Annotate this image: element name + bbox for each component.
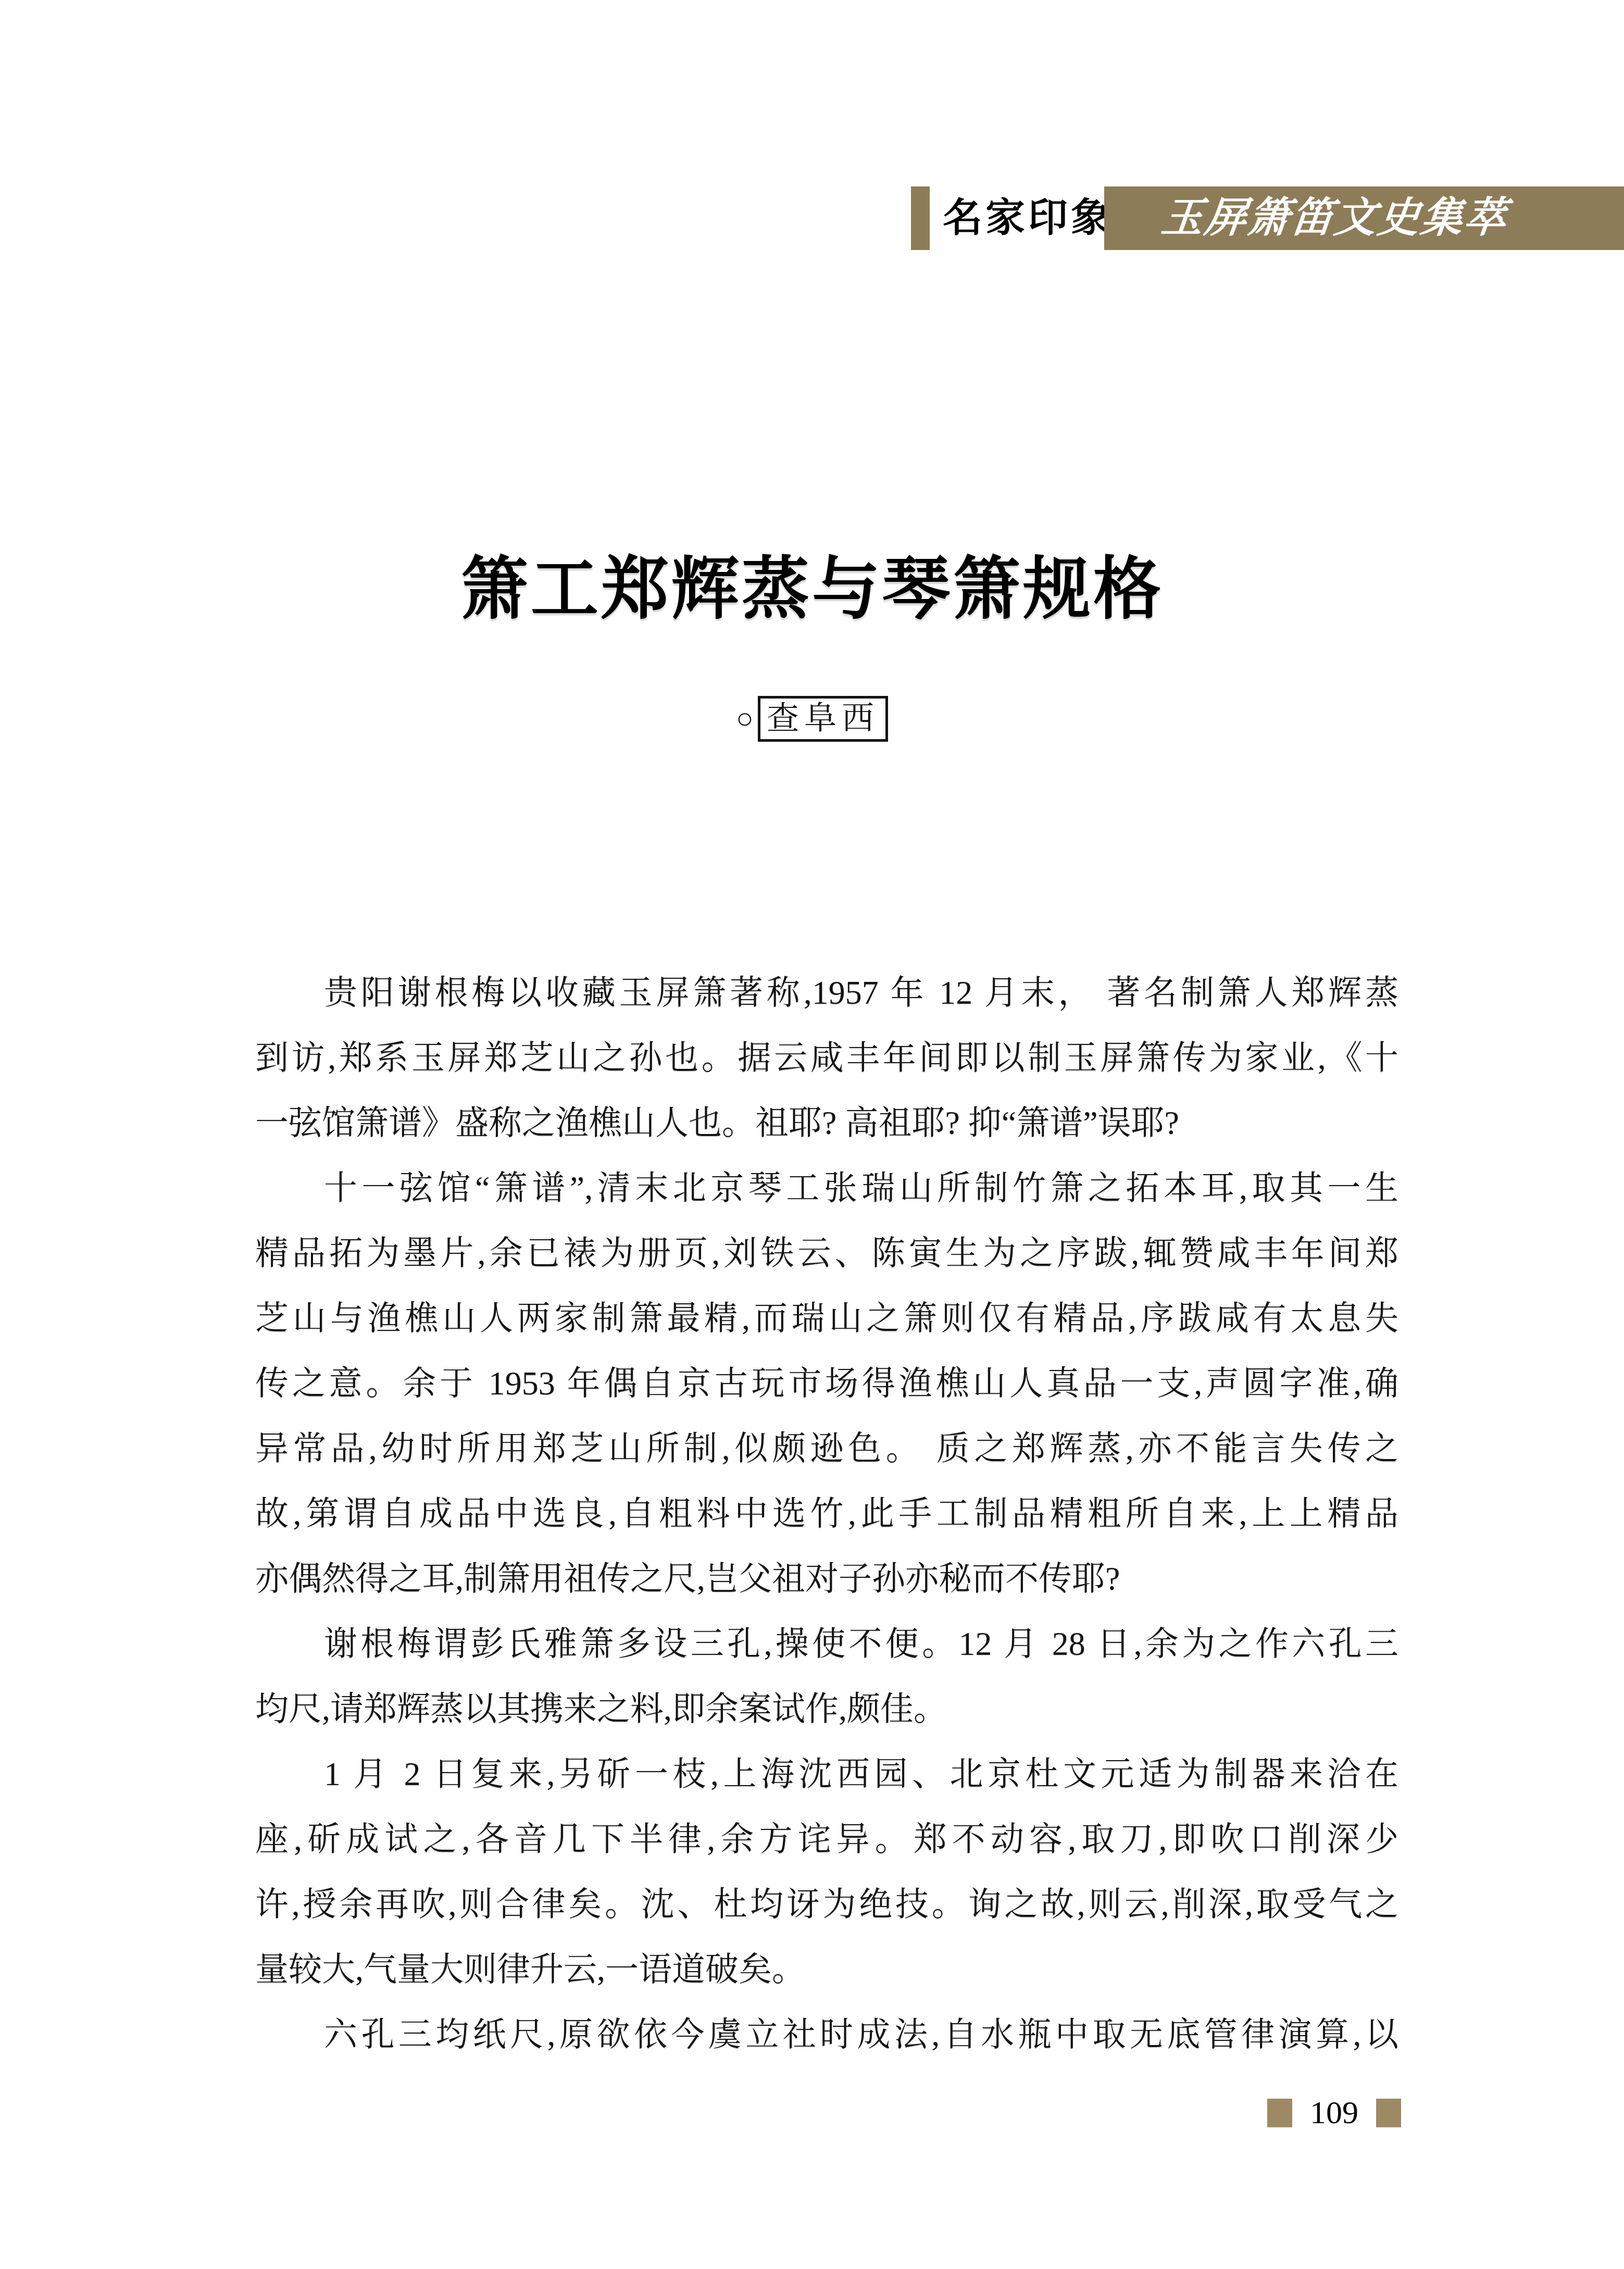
- body-line: 异常品,幼时所用郑芝山所制,似颇逊色。 质之郑辉蒸,亦不能言失传之: [255, 1416, 1398, 1481]
- page-number: 109: [1310, 2099, 1358, 2127]
- body-line: 贵阳谢根梅以收藏玉屏箫著称,1957 年 12 月末， 著名制箫人郑辉蒸: [255, 960, 1398, 1025]
- body-line: 亦偶然得之耳,制箫用祖传之尺,岂父祖对子孙亦秘而不传耶?: [255, 1546, 1398, 1611]
- header-accent-bar: [911, 186, 930, 250]
- body-line: 量较大,气量大则律升云,一语道破矣。: [255, 1937, 1398, 2002]
- page: 名家印象 玉屏箫笛文史集萃 箫工郑辉蒸与琴箫规格 ○ 查阜西 贵阳谢根梅以收藏玉…: [0, 0, 1624, 2269]
- body-line: 一弦馆箫谱》盛称之渔樵山人也。祖耶? 高祖耶? 抑“箫谱”误耶?: [255, 1090, 1398, 1155]
- body-line: 到访,郑系玉屏郑芝山之孙也。据云咸丰年间即以制玉屏箫传为家业,《十: [255, 1025, 1398, 1090]
- header-band: 玉屏箫笛文史集萃: [1104, 186, 1624, 250]
- footer-ornament-right: [1376, 2099, 1401, 2127]
- author-line: ○ 查阜西: [0, 696, 1624, 742]
- footer-ornament-left: [1267, 2099, 1292, 2127]
- body-line: 1 月 2 日复来,另斫一枝,上海沈西园、北京杜文元适为制器来洽在: [255, 1741, 1398, 1806]
- body-line: 座,斫成试之,各音几下半律,余方诧异。郑不动容,取刀,即吹口削深少: [255, 1806, 1398, 1872]
- header-series-title: 玉屏箫笛文史集萃: [1158, 183, 1511, 253]
- page-footer: 109: [1267, 2099, 1401, 2127]
- article-title: 箫工郑辉蒸与琴箫规格: [0, 548, 1624, 631]
- body-line: 许,授余再吹,则合律矣。沈、杜均讶为绝技。询之故,则云,削深,取受气之: [255, 1872, 1398, 1937]
- body-line: 故,第谓自成品中选良,自粗料中选竹,此手工制品精粗所自来,上上精品: [255, 1481, 1398, 1546]
- body-line: 六孔三均纸尺,原欲依今虞立社时成法,自水瓶中取无底管律演算,以: [255, 2002, 1398, 2067]
- author-name: 查阜西: [767, 701, 879, 737]
- body-line: 均尺,请郑辉蒸以其携来之料,即余案试作,颇佳。: [255, 1676, 1398, 1741]
- body-line: 传之意。余于 1953 年偶自京古玩市场得渔樵山人真品一支,声圆字准,确: [255, 1351, 1398, 1416]
- body-line: 谢根梅谓彭氏雅箫多设三孔,操使不便。12 月 28 日,余为之作六孔三: [255, 1611, 1398, 1676]
- body-line: 芝山与渔樵山人两家制箫最精,而瑞山之箫则仅有精品,序跋咸有太息失: [255, 1286, 1398, 1351]
- header-section-title: 名家印象: [943, 186, 1114, 250]
- author-name-box: 查阜西: [758, 696, 888, 742]
- article-body: 贵阳谢根梅以收藏玉屏箫著称,1957 年 12 月末， 著名制箫人郑辉蒸到访,郑…: [255, 960, 1398, 2067]
- body-line: 精品拓为墨片,余已裱为册页,刘铁云、陈寅生为之序跋,辄赞咸丰年间郑: [255, 1220, 1398, 1286]
- body-line: 十一弦馆“箫谱”,清末北京琴工张瑞山所制竹箫之拓本耳,取其一生: [255, 1155, 1398, 1220]
- author-marker-circle-icon: ○: [736, 704, 754, 733]
